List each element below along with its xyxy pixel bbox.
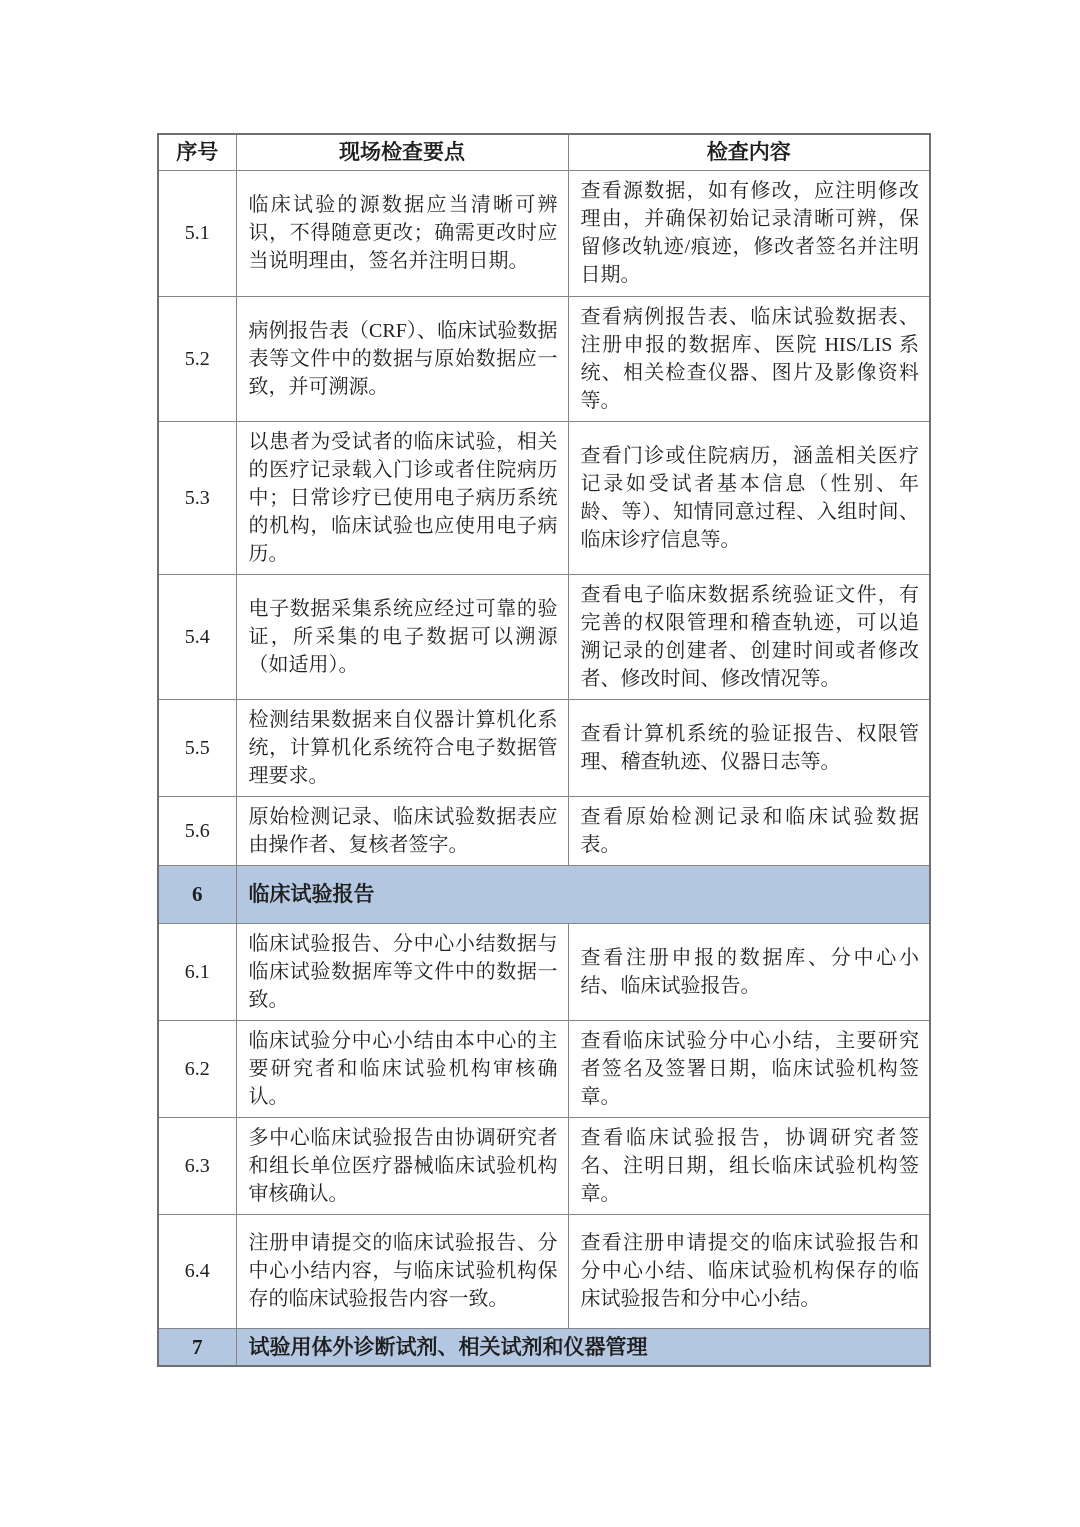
section-number: 6 (158, 865, 236, 923)
inspection-point: 临床试验分中心小结由本中心的主要研究者和临床试验机构审核确认。 (236, 1020, 568, 1117)
inspection-point: 原始检测记录、临床试验数据表应由操作者、复核者签字。 (236, 796, 568, 865)
row-number: 5.4 (158, 574, 236, 699)
row-number: 5.5 (158, 699, 236, 796)
inspection-point: 多中心临床试验报告由协调研究者和组长单位医疗器械临床试验机构审核确认。 (236, 1117, 568, 1214)
row-number: 6.4 (158, 1214, 236, 1328)
row-number: 5.1 (158, 170, 236, 296)
inspection-table: 序号 现场检查要点 检查内容 5.1 临床试验的源数据应当清晰可辨识，不得随意更… (157, 133, 931, 1367)
table-row-6-1: 6.1 临床试验报告、分中心小结数据与临床试验数据库等文件中的数据一致。 查看注… (158, 923, 930, 1020)
inspection-point: 临床试验的源数据应当清晰可辨识，不得随意更改；确需更改时应当说明理由，签名并注明… (236, 170, 568, 296)
inspection-content: 查看临床试验报告，协调研究者签名、注明日期，组长临床试验机构签章。 (568, 1117, 930, 1214)
table-row-5-5: 5.5 检测结果数据来自仪器计算机化系统，计算机化系统符合电子数据管理要求。 查… (158, 699, 930, 796)
document-page: 序号 现场检查要点 检查内容 5.1 临床试验的源数据应当清晰可辨识，不得随意更… (0, 0, 1080, 1527)
table-row-6-3: 6.3 多中心临床试验报告由协调研究者和组长单位医疗器械临床试验机构审核确认。 … (158, 1117, 930, 1214)
table-row-5-6: 5.6 原始检测记录、临床试验数据表应由操作者、复核者签字。 查看原始检测记录和… (158, 796, 930, 865)
section-title: 临床试验报告 (236, 865, 930, 923)
header-col-inspection-content: 检查内容 (568, 134, 930, 170)
row-number: 6.2 (158, 1020, 236, 1117)
section-row-6: 6 临床试验报告 (158, 865, 930, 923)
table-row-6-2: 6.2 临床试验分中心小结由本中心的主要研究者和临床试验机构审核确认。 查看临床… (158, 1020, 930, 1117)
header-col-inspection-point: 现场检查要点 (236, 134, 568, 170)
section-number: 7 (158, 1328, 236, 1366)
inspection-point: 注册申请提交的临床试验报告、分中心小结内容，与临床试验机构保存的临床试验报告内容… (236, 1214, 568, 1328)
inspection-content: 查看临床试验分中心小结，主要研究者签名及签署日期，临床试验机构签章。 (568, 1020, 930, 1117)
row-number: 5.3 (158, 421, 236, 574)
row-number: 5.2 (158, 296, 236, 421)
inspection-point: 检测结果数据来自仪器计算机化系统，计算机化系统符合电子数据管理要求。 (236, 699, 568, 796)
header-col-serial: 序号 (158, 134, 236, 170)
row-number: 5.6 (158, 796, 236, 865)
inspection-content: 查看源数据，如有修改，应注明修改理由，并确保初始记录清晰可辨，保留修改轨迹/痕迹… (568, 170, 930, 296)
inspection-content: 查看原始检测记录和临床试验数据表。 (568, 796, 930, 865)
row-number: 6.3 (158, 1117, 236, 1214)
table-row-5-2: 5.2 病例报告表（CRF）、临床试验数据表等文件中的数据与原始数据应一致，并可… (158, 296, 930, 421)
table-row-5-4: 5.4 电子数据采集系统应经过可靠的验证，所采集的电子数据可以溯源（如适用）。 … (158, 574, 930, 699)
inspection-point: 电子数据采集系统应经过可靠的验证，所采集的电子数据可以溯源（如适用）。 (236, 574, 568, 699)
inspection-content: 查看门诊或住院病历，涵盖相关医疗记录如受试者基本信息（性别、年龄、等）、知情同意… (568, 421, 930, 574)
inspection-content: 查看计算机系统的验证报告、权限管理、稽查轨迹、仪器日志等。 (568, 699, 930, 796)
table-row-5-3: 5.3 以患者为受试者的临床试验，相关的医疗记录载入门诊或者住院病历中；日常诊疗… (158, 421, 930, 574)
inspection-point: 以患者为受试者的临床试验，相关的医疗记录载入门诊或者住院病历中；日常诊疗已使用电… (236, 421, 568, 574)
section-title: 试验用体外诊断试剂、相关试剂和仪器管理 (236, 1328, 930, 1366)
table-header-row: 序号 现场检查要点 检查内容 (158, 134, 930, 170)
row-number: 6.1 (158, 923, 236, 1020)
inspection-content: 查看注册申报的数据库、分中心小结、临床试验报告。 (568, 923, 930, 1020)
table-row-6-4: 6.4 注册申请提交的临床试验报告、分中心小结内容，与临床试验机构保存的临床试验… (158, 1214, 930, 1328)
table-row-5-1: 5.1 临床试验的源数据应当清晰可辨识，不得随意更改；确需更改时应当说明理由，签… (158, 170, 930, 296)
inspection-content: 查看电子临床数据系统验证文件，有完善的权限管理和稽查轨迹，可以追溯记录的创建者、… (568, 574, 930, 699)
inspection-content: 查看病例报告表、临床试验数据表、注册申报的数据库、医院 HIS/LIS 系统、相… (568, 296, 930, 421)
inspection-point: 临床试验报告、分中心小结数据与临床试验数据库等文件中的数据一致。 (236, 923, 568, 1020)
section-row-7: 7 试验用体外诊断试剂、相关试剂和仪器管理 (158, 1328, 930, 1366)
inspection-point: 病例报告表（CRF）、临床试验数据表等文件中的数据与原始数据应一致，并可溯源。 (236, 296, 568, 421)
inspection-content: 查看注册申请提交的临床试验报告和分中心小结、临床试验机构保存的临床试验报告和分中… (568, 1214, 930, 1328)
